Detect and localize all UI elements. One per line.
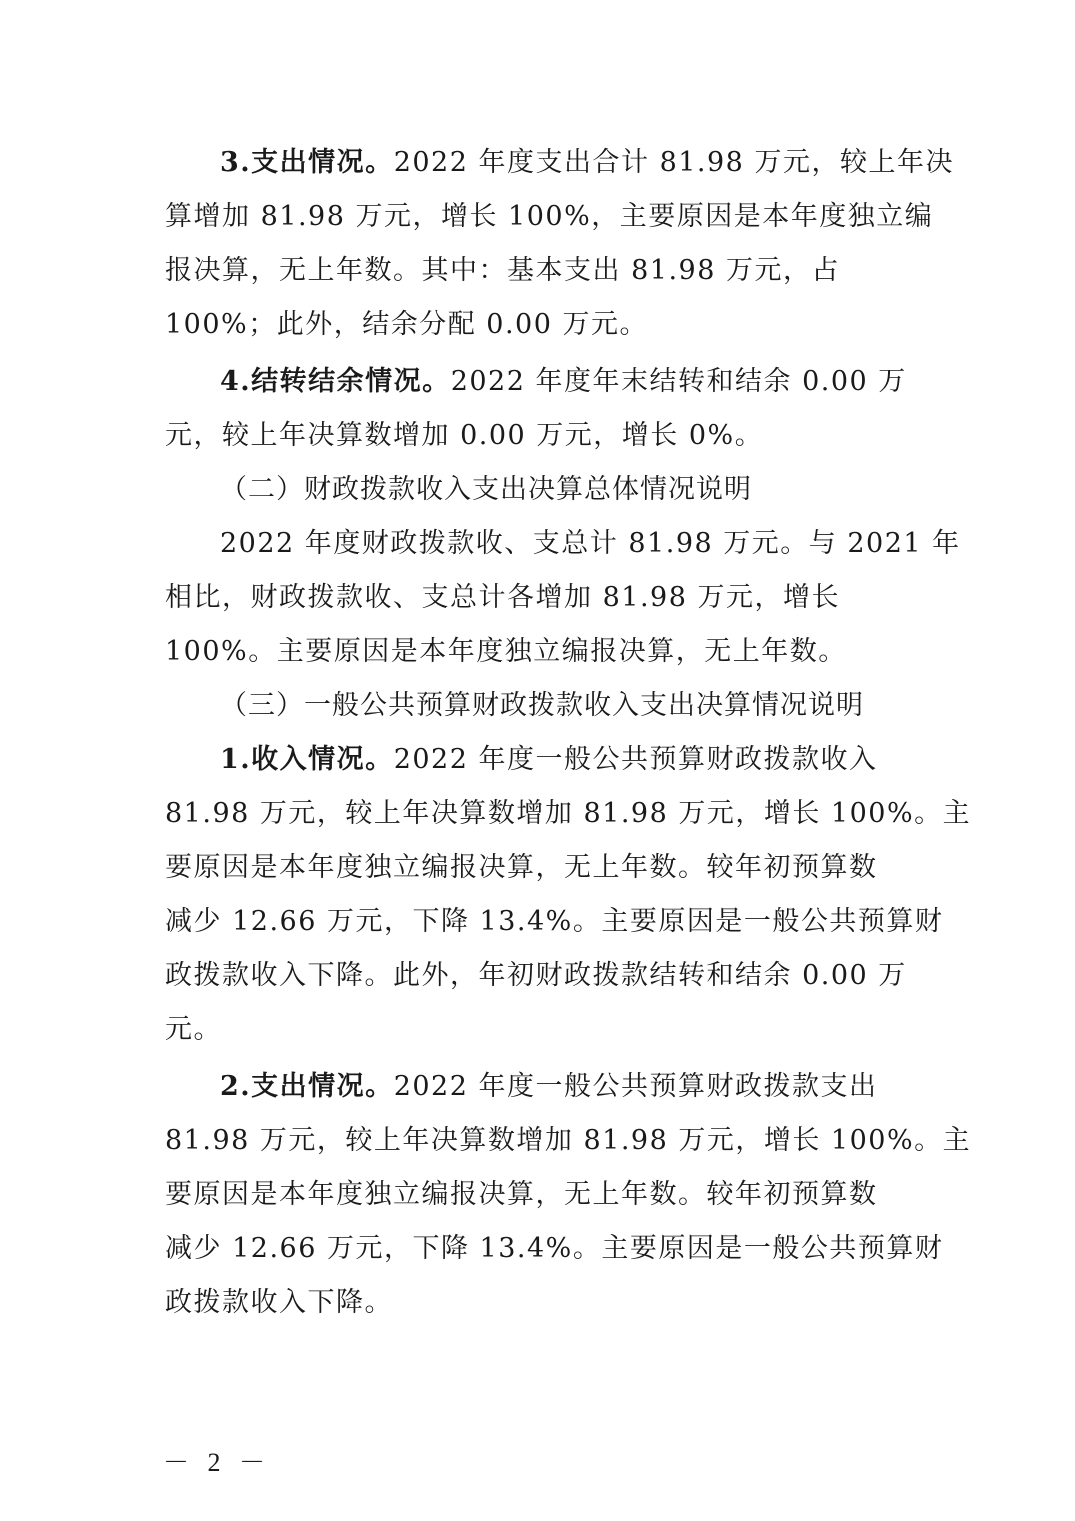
paragraph-carryover-line-1: 4.结转结余情况。2022 年度年末结转和结余 0.00 万	[220, 364, 907, 400]
heading-expenditure: 3.支出情况。	[220, 147, 394, 178]
text: 2022 年度一般公共预算财政拨款支出	[394, 1071, 878, 1102]
paragraph-expenditure-line-2: 算增加 81.98 万元，增长 100%，主要原因是本年度独立编	[165, 199, 933, 235]
paragraph-gp-expenditure-line-1: 2.支出情况。2022 年度一般公共预算财政拨款支出	[220, 1069, 877, 1105]
paragraph-carryover-line-2: 元，较上年决算数增加 0.00 万元，增长 0%。	[165, 418, 763, 454]
paragraph-gp-expenditure-line-2: 81.98 万元，较上年决算数增加 81.98 万元，增长 100%。主	[165, 1123, 971, 1159]
heading-gp-expenditure: 2.支出情况。	[220, 1071, 394, 1102]
section-2-body-line-3: 100%。主要原因是本年度独立编报决算，无上年数。	[165, 634, 847, 670]
paragraph-gp-income-line-1: 1.收入情况。2022 年度一般公共预算财政拨款收入	[220, 742, 877, 778]
page-number: － 2 －	[163, 1442, 271, 1479]
heading-gp-income: 1.收入情况。	[220, 744, 394, 775]
section-2-body-line-2: 相比，财政拨款收、支总计各增加 81.98 万元，增长	[165, 580, 840, 616]
paragraph-expenditure-line-3: 报决算，无上年数。其中：基本支出 81.98 万元，占	[165, 253, 840, 289]
paragraph-expenditure-line-1: 3.支出情况。2022 年度支出合计 81.98 万元，较上年决	[220, 145, 954, 181]
paragraph-expenditure-line-4: 100%；此外，结余分配 0.00 万元。	[165, 307, 648, 343]
text: 2022 年度年末结转和结余 0.00 万	[451, 366, 907, 397]
paragraph-gp-income-line-3: 要原因是本年度独立编报决算，无上年数。较年初预算数	[165, 850, 878, 886]
paragraph-gp-income-line-6: 元。	[165, 1012, 222, 1048]
paragraph-gp-income-line-5: 政拨款收入下降。此外，年初财政拨款结转和结余 0.00 万	[165, 958, 907, 994]
text: 2022 年度一般公共预算财政拨款收入	[394, 744, 878, 775]
paragraph-gp-expenditure-line-4: 减少 12.66 万元，下降 13.4%。主要原因是一般公共预算财	[165, 1231, 943, 1267]
paragraph-gp-income-line-2: 81.98 万元，较上年决算数增加 81.98 万元，增长 100%。主	[165, 796, 971, 832]
section-3-heading: （三）一般公共预算财政拨款收入支出决算情况说明	[220, 688, 864, 724]
paragraph-gp-expenditure-line-5: 政拨款收入下降。	[165, 1285, 393, 1321]
heading-carryover: 4.结转结余情况。	[220, 366, 451, 397]
section-2-body-line-1: 2022 年度财政拨款收、支总计 81.98 万元。与 2021 年	[220, 526, 961, 562]
text: 2022 年度支出合计 81.98 万元，较上年决	[394, 147, 954, 178]
document-page: 3.支出情况。2022 年度支出合计 81.98 万元，较上年决 算增加 81.…	[0, 0, 1075, 1521]
paragraph-gp-income-line-4: 减少 12.66 万元，下降 13.4%。主要原因是一般公共预算财	[165, 904, 943, 940]
section-2-heading: （二）财政拨款收入支出决算总体情况说明	[220, 472, 752, 508]
paragraph-gp-expenditure-line-3: 要原因是本年度独立编报决算，无上年数。较年初预算数	[165, 1177, 878, 1213]
